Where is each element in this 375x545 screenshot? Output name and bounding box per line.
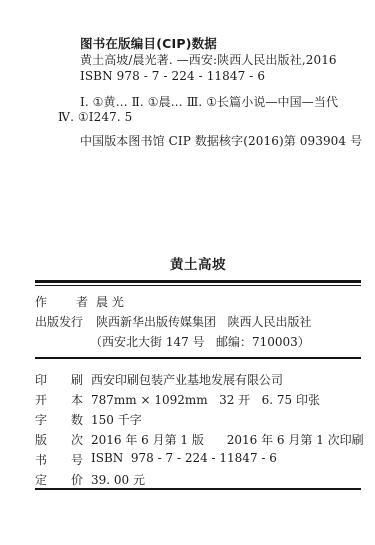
spec-value: 39. 00 元 xyxy=(91,471,145,488)
cip-line-isbn: ISBN 978 - 7 - 224 - 11847 - 6 xyxy=(80,69,265,83)
spec-value: 150 千字 xyxy=(91,411,142,428)
book-title: 黄土高坡 xyxy=(170,253,226,273)
author-row: 作 者 晨 光 xyxy=(35,293,124,310)
spec-row-isbn: 书号 ISBN 978 - 7 - 224 - 11847 - 6 xyxy=(35,451,277,468)
spec-label: 印刷 xyxy=(35,371,91,388)
spec-row-price: 定价 39. 00 元 xyxy=(35,471,145,488)
top-thick-rule xyxy=(35,280,361,283)
spec-value: 787mm × 1092mm 32 开 6. 75 印张 xyxy=(91,391,320,408)
spec-value: 西安印刷包装产业基地发展有限公司 xyxy=(91,371,283,388)
cip-line-classification: Ⅰ. ①黄… Ⅱ. ①晨… Ⅲ. ①长篇小说—中国—当代 xyxy=(80,93,338,110)
author-value: 晨 光 xyxy=(96,293,124,310)
bottom-rule xyxy=(35,488,361,490)
cip-line-record-number: 中国版本图书馆 CIP 数据核字(2016)第 093904 号 xyxy=(80,132,362,149)
address-row: （西安北大街 147 号 邮编：710003） xyxy=(35,333,310,350)
author-label: 作 者 xyxy=(35,293,96,310)
publisher-row: 出版发行 陕西新华出版传媒集团 陕西人民出版社 xyxy=(35,313,311,330)
publisher-label: 出版发行 xyxy=(35,313,96,330)
middle-rule xyxy=(35,357,361,359)
spec-row-word-count: 字数 150 千字 xyxy=(35,411,142,428)
spec-label: 定价 xyxy=(35,471,91,488)
spec-row-edition: 版次 2016 年 6 月第 1 版 2016 年 6 月第 1 次印刷 xyxy=(35,431,364,448)
cip-line-title-author: 黄土高坡/晨光著. —西安:陕西人民出版社,2016 xyxy=(80,51,337,68)
spec-label: 版次 xyxy=(35,431,91,448)
spec-value: 2016 年 6 月第 1 版 2016 年 6 月第 1 次印刷 xyxy=(91,431,364,448)
cip-line-class-number: Ⅳ. ①I247. 5 xyxy=(58,110,132,124)
spec-label: 书号 xyxy=(35,451,91,468)
top-thin-rule xyxy=(35,285,361,286)
cip-heading: 图书在版编目(CIP)数据 xyxy=(80,34,217,52)
spec-label: 字数 xyxy=(35,411,91,428)
spec-row-format: 开本 787mm × 1092mm 32 开 6. 75 印张 xyxy=(35,391,320,408)
publisher-value: 陕西新华出版传媒集团 陕西人民出版社 xyxy=(96,313,311,330)
spec-value: ISBN 978 - 7 - 224 - 11847 - 6 xyxy=(91,451,277,468)
address-value: （西安北大街 147 号 邮编：710003） xyxy=(90,333,310,350)
spec-row-printing: 印刷 西安印刷包装产业基地发展有限公司 xyxy=(35,371,283,388)
spec-label: 开本 xyxy=(35,391,91,408)
